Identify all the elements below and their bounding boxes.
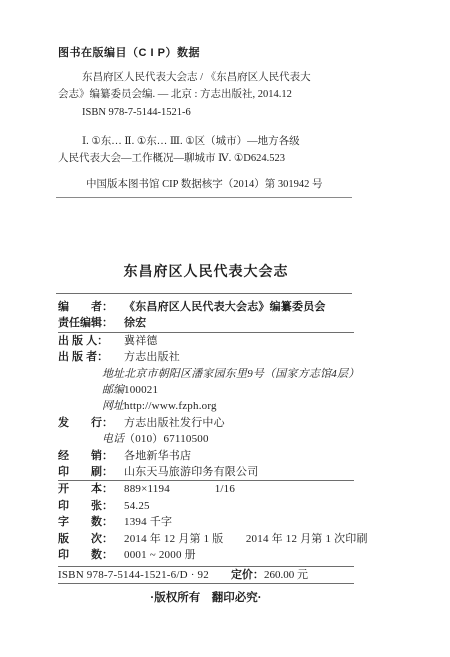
- isbn-price-row: ISBN 978-7-5144-1521-6/D · 92定价：260.00 元: [58, 567, 354, 583]
- colophon-row-sheets: 印 张：54.25: [58, 498, 354, 514]
- colophon-row-distributor: 发 行：方志出版社发行中心: [58, 415, 354, 431]
- colophon-row-format: 开 本：889×1194 1/16: [58, 481, 354, 497]
- cip-description-line-2: 会志》编纂委员会编. — 北京 : 方志出版社, 2014.12: [58, 86, 354, 103]
- cip-classification-line-2: 人民代表大会—工作概况—聊城市 Ⅳ. ①D624.523: [58, 150, 354, 167]
- copyright-notice: ·版权所有 翻印必究·: [58, 591, 354, 606]
- title-bottom-divider: [56, 293, 352, 294]
- row-label: 版 次：: [58, 531, 124, 547]
- row-label: 邮编: [102, 382, 124, 398]
- cip-bottom-divider: [56, 197, 352, 198]
- row-label: 网址: [102, 398, 124, 414]
- row-label: 电话: [102, 431, 124, 447]
- row-label: 印 数：: [58, 547, 124, 563]
- cip-classification: Ⅰ. ①东… Ⅱ. ①东… Ⅲ. ①区（城市）—地方各级 人民代表大会—工作概况…: [58, 133, 354, 168]
- row-label: 责任编辑：: [58, 315, 124, 331]
- row-value: 889×1194 1/16: [124, 483, 235, 495]
- colophon-row-retailer: 经 销：各地新华书店: [58, 448, 354, 464]
- row-value: 山东天马旅游印务有限公司: [124, 466, 258, 478]
- cip-description-line-3: ISBN 978-7-5144-1521-6: [58, 104, 354, 121]
- row-value: 100021: [124, 384, 158, 396]
- row-value: 北京市朝阳区潘家园东里9号（国家方志馆4层）: [124, 368, 359, 380]
- colophon-section: 编 者：《东昌府区人民代表大会志》编纂委员会 责任编辑：徐宏 出 版 人：冀祥德…: [58, 299, 354, 606]
- colophon-row-address: 地址北京市朝阳区潘家园东里9号（国家方志馆4层）: [58, 366, 354, 382]
- row-value: 《东昌府区人民代表大会志》编纂委员会: [124, 301, 326, 313]
- copyright-page: 图书在版编目（C I P）数据 东昌府区人民代表大会志 / 《东昌府区人民代表大…: [0, 0, 450, 657]
- row-value: 方志出版社发行中心: [124, 417, 225, 429]
- colophon-row-edition: 版 次：2014 年 12 月第 1 版 2014 年 12 月第 1 次印刷: [58, 531, 354, 547]
- colophon-row-print-run: 印 数：0001 ~ 2000 册: [58, 547, 354, 563]
- cip-description-line-1: 东昌府区人民代表大会志 / 《东昌府区人民代表大: [58, 69, 354, 86]
- row-value: 54.25: [124, 500, 150, 512]
- row-value: 冀祥德: [124, 335, 158, 347]
- price-value: 260.00 元: [264, 569, 308, 581]
- cip-section: 图书在版编目（C I P）数据 东昌府区人民代表大会志 / 《东昌府区人民代表大…: [58, 46, 354, 194]
- row-label: 印 张：: [58, 498, 124, 514]
- row-value: 2014 年 12 月第 1 版 2014 年 12 月第 1 次印刷: [124, 533, 368, 545]
- isbn-bottom-divider: [58, 583, 354, 584]
- colophon-row-responsible-editor: 责任编辑：徐宏: [58, 315, 354, 331]
- row-value: http://www.fzph.org: [124, 400, 217, 412]
- row-label: 开 本：: [58, 481, 124, 497]
- row-value: 徐宏: [124, 317, 146, 329]
- cip-record-number: 中国版本图书馆 CIP 数据核字（2014）第 301942 号: [58, 176, 354, 193]
- cip-classification-line-1: Ⅰ. ①东… Ⅱ. ①东… Ⅲ. ①区（城市）—地方各级: [58, 133, 354, 150]
- row-label: 经 销：: [58, 448, 124, 464]
- row-label: 发 行：: [58, 415, 124, 431]
- row-label: 编 者：: [58, 299, 124, 315]
- row-label: 字 数：: [58, 514, 124, 530]
- row-label: 出 版 者：: [58, 349, 124, 365]
- colophon-row-publisher: 出 版 者：方志出版社: [58, 349, 354, 365]
- book-title: 东昌府区人民代表大会志: [58, 264, 354, 282]
- colophon-row-phone: 电话（010）67110500: [58, 431, 354, 447]
- isbn-number: ISBN 978-7-5144-1521-6/D · 92: [58, 569, 209, 581]
- cip-description: 东昌府区人民代表大会志 / 《东昌府区人民代表大 会志》编纂委员会编. — 北京…: [58, 69, 354, 121]
- colophon-row-printer: 印 刷：山东天马旅游印务有限公司: [58, 464, 354, 480]
- colophon-row-publisher-person: 出 版 人：冀祥德: [58, 333, 354, 349]
- row-label: 印 刷：: [58, 464, 124, 480]
- price-label: 定价：: [231, 569, 264, 581]
- row-value: 各地新华书店: [124, 450, 191, 462]
- colophon-row-postcode: 邮编100021: [58, 382, 354, 398]
- row-value: （010）67110500: [124, 433, 209, 445]
- row-value: 0001 ~ 2000 册: [124, 549, 196, 561]
- row-value: 方志出版社: [124, 351, 180, 363]
- colophon-row-website: 网址http://www.fzph.org: [58, 398, 354, 414]
- cip-heading: 图书在版编目（C I P）数据: [58, 46, 354, 60]
- colophon-row-editor: 编 者：《东昌府区人民代表大会志》编纂委员会: [58, 299, 354, 315]
- colophon-row-wordcount: 字 数：1394 千字: [58, 514, 354, 530]
- price: 定价：260.00 元: [231, 569, 308, 581]
- row-label: 地址: [102, 366, 124, 382]
- row-label: 出 版 人：: [58, 333, 124, 349]
- row-value: 1394 千字: [124, 516, 172, 528]
